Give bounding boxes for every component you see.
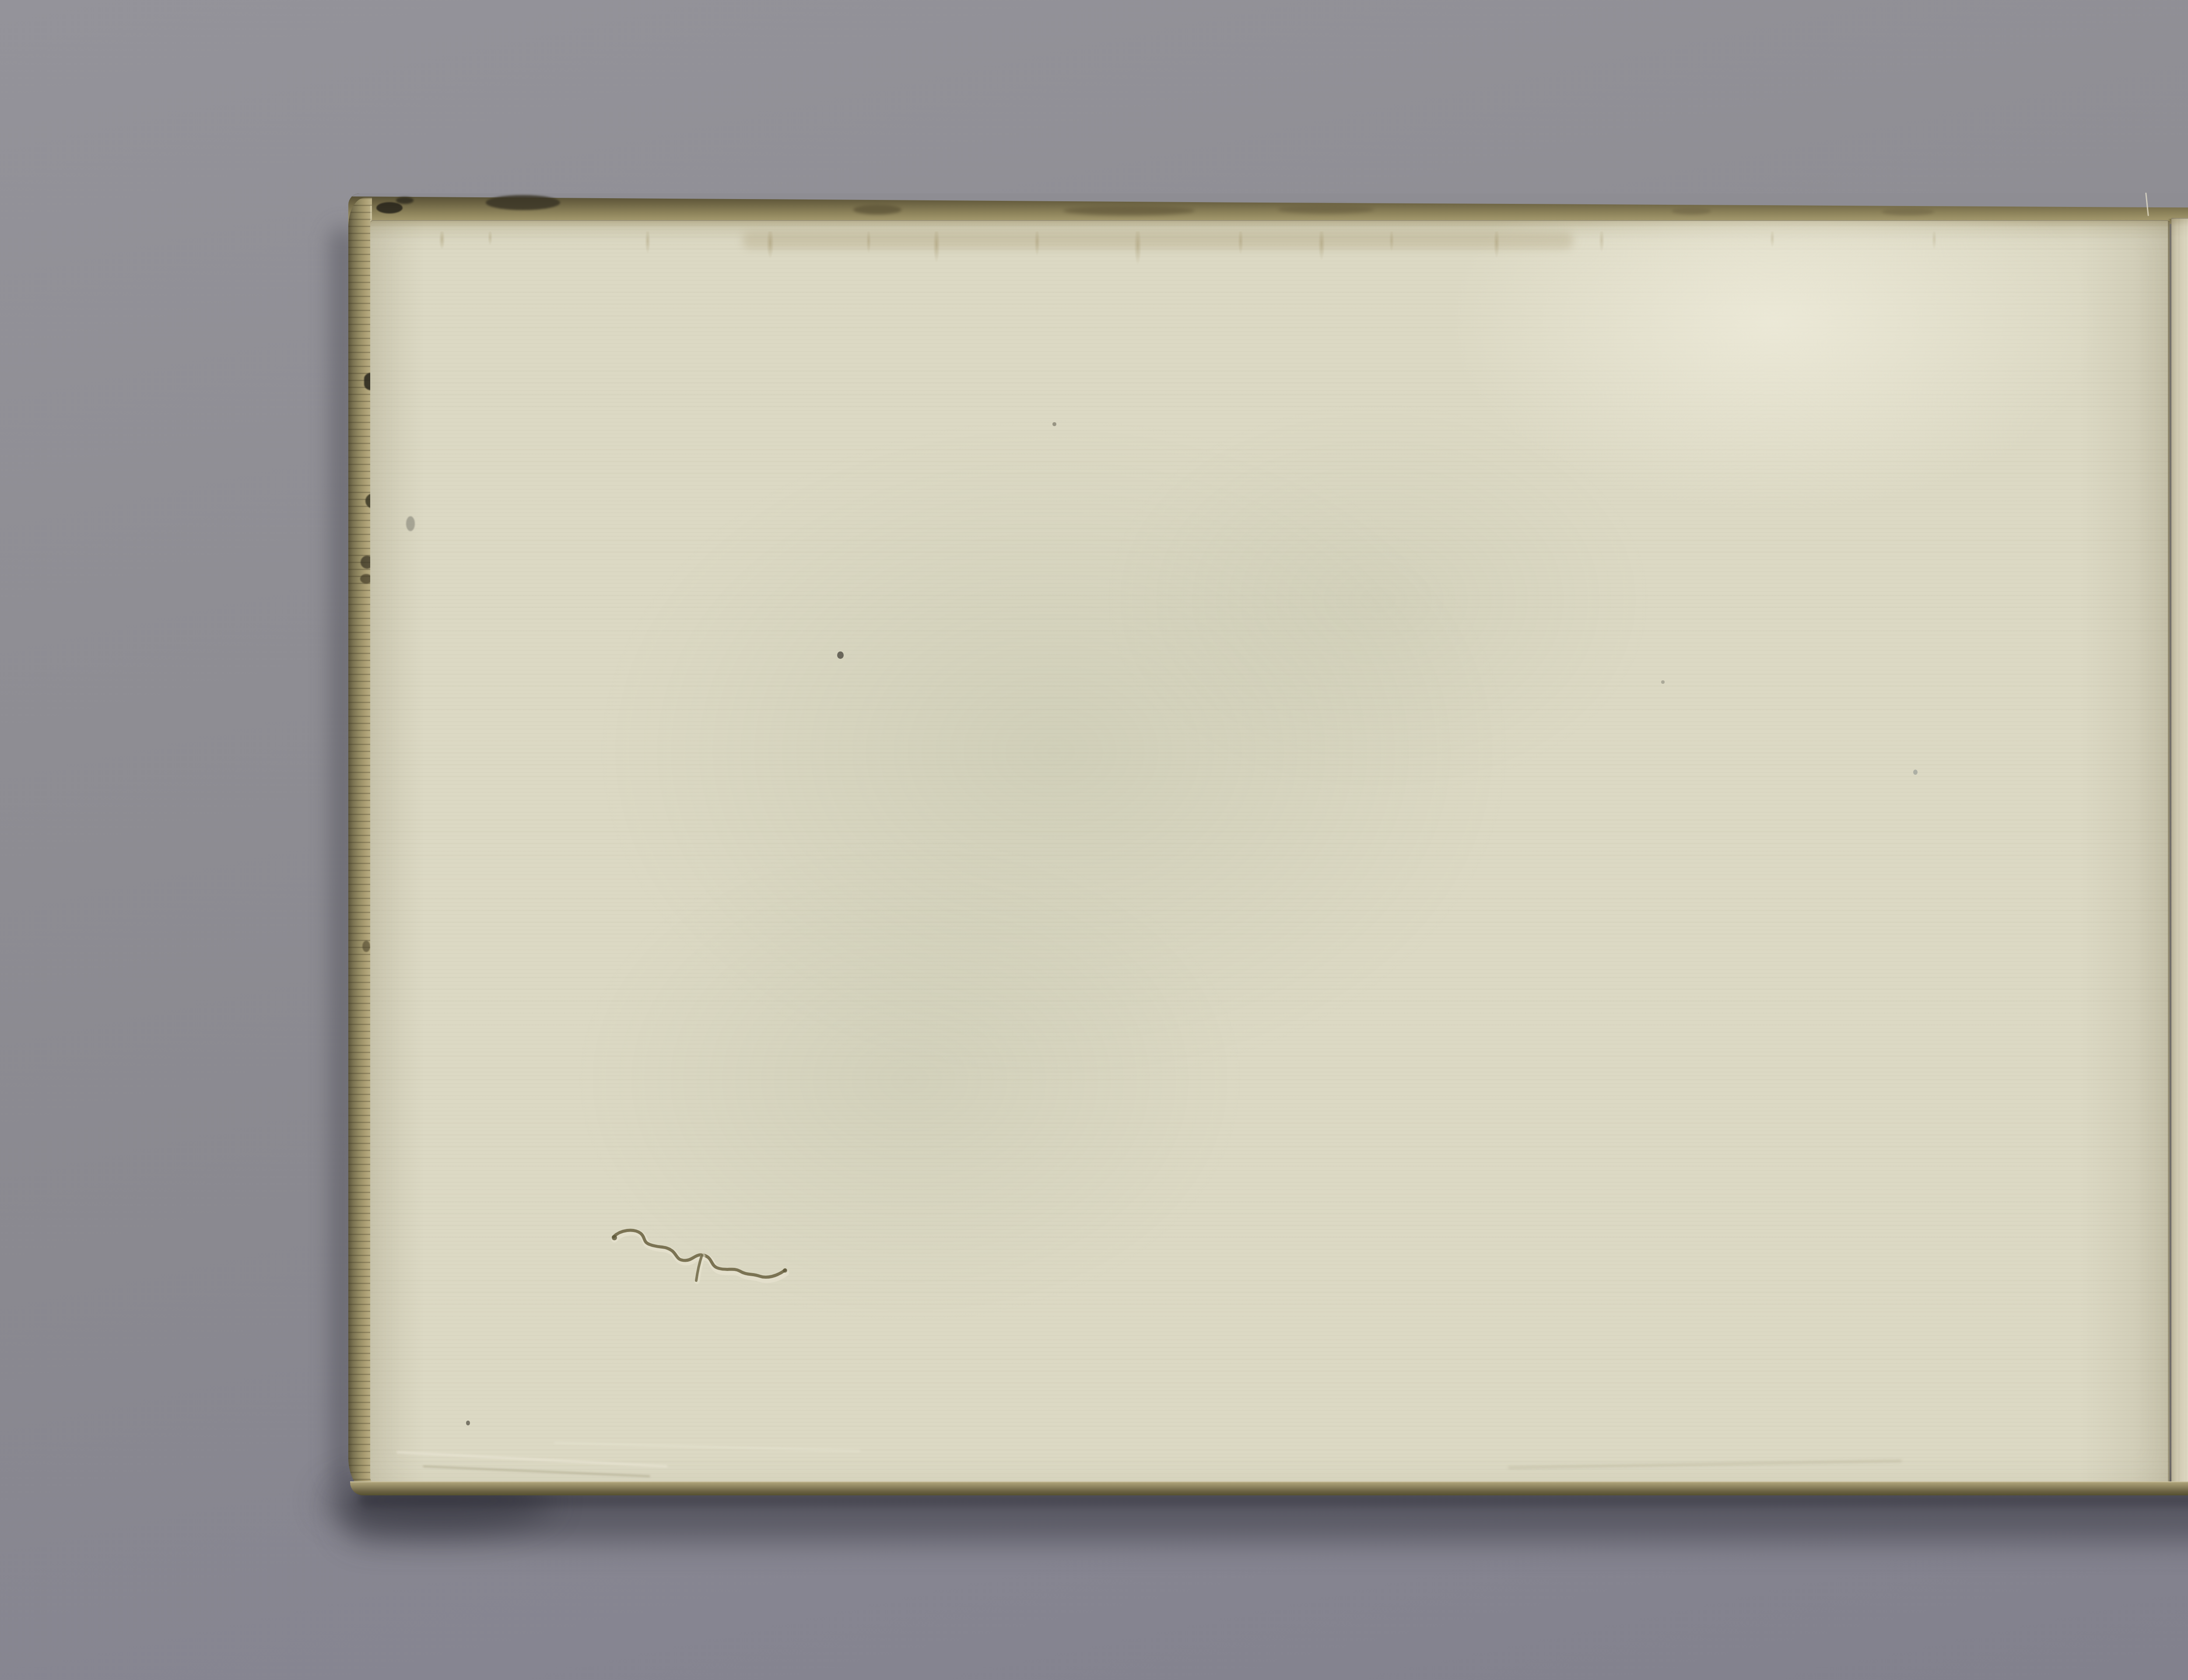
wrinkle-highlight [396,1451,667,1467]
top-corner-ink-mark [396,197,414,204]
top-edge-stain [1672,207,1711,214]
top-edge-stain [1063,206,1195,215]
worm-damage-trail [608,1215,796,1289]
top-edge-stain [853,205,901,214]
top-edge-stain [1278,205,1374,213]
paper-speck [466,1421,470,1425]
ink-smudge [406,516,415,531]
wrinkle-shadow [1508,1460,1902,1469]
colophon-page [2171,218,2188,1491]
wrinkle-highlight [554,1442,860,1452]
head-edge-stain-wash [742,232,1574,249]
blank-verso-page [370,220,2170,1484]
book-fore-edge [348,198,372,1492]
photo-backdrop [0,0,2188,1680]
top-edge-stain [1882,208,1934,215]
fore-edge-ink-blot [362,941,370,952]
paper-speck [1913,770,1918,775]
wrinkle-shadow [423,1466,650,1477]
top-edge-stain [486,195,560,210]
ink-spot [837,651,844,659]
top-corner-ink-mark [376,202,403,213]
paper-speck [1661,680,1665,684]
book-bottom-edge [350,1481,2188,1495]
paper-speck [1052,422,1056,426]
